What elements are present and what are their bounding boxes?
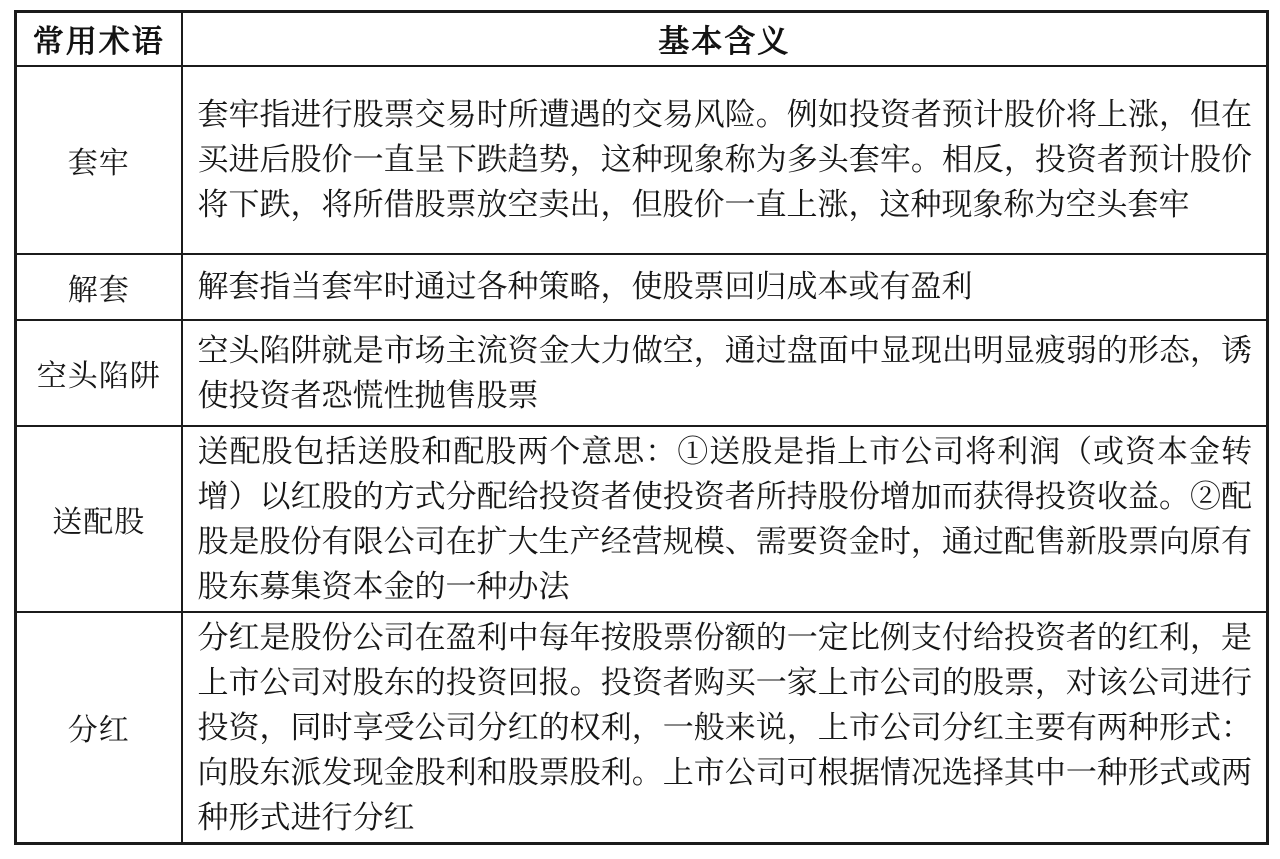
document-page: 常用术语 基本含义 套牢 套牢指进行股票交易时所遭遇的交易风险。例如投资者预计股… bbox=[0, 0, 1280, 859]
term-cell: 送配股 bbox=[16, 426, 182, 612]
term-cell: 空头陷阱 bbox=[16, 320, 182, 426]
definition-cell: 解套指当套牢时通过各种策略，使股票回归成本或有盈利 bbox=[182, 254, 1268, 320]
definition-cell: 套牢指进行股票交易时所遭遇的交易风险。例如投资者预计股价将上涨，但在买进后股价一… bbox=[182, 66, 1268, 254]
table-row: 套牢 套牢指进行股票交易时所遭遇的交易风险。例如投资者预计股价将上涨，但在买进后… bbox=[16, 66, 1268, 254]
header-cell-meaning: 基本含义 bbox=[182, 12, 1268, 66]
terms-table: 常用术语 基本含义 套牢 套牢指进行股票交易时所遭遇的交易风险。例如投资者预计股… bbox=[14, 10, 1269, 845]
table-header-row: 常用术语 基本含义 bbox=[16, 12, 1268, 66]
table-row: 空头陷阱 空头陷阱就是市场主流资金大力做空，通过盘面中显现出明显疲弱的形态，诱使… bbox=[16, 320, 1268, 426]
definition-cell: 分红是股份公司在盈利中每年按股票份额的一定比例支付给投资者的红利，是上市公司对股… bbox=[182, 612, 1268, 844]
term-cell: 分红 bbox=[16, 612, 182, 844]
definition-cell: 送配股包括送股和配股两个意思：①送股是指上市公司将利润（或资本金转增）以红股的方… bbox=[182, 426, 1268, 612]
term-cell: 套牢 bbox=[16, 66, 182, 254]
term-cell: 解套 bbox=[16, 254, 182, 320]
table-row: 分红 分红是股份公司在盈利中每年按股票份额的一定比例支付给投资者的红利，是上市公… bbox=[16, 612, 1268, 844]
table-row: 解套 解套指当套牢时通过各种策略，使股票回归成本或有盈利 bbox=[16, 254, 1268, 320]
definition-cell: 空头陷阱就是市场主流资金大力做空，通过盘面中显现出明显疲弱的形态，诱使投资者恐慌… bbox=[182, 320, 1268, 426]
table-row: 送配股 送配股包括送股和配股两个意思：①送股是指上市公司将利润（或资本金转增）以… bbox=[16, 426, 1268, 612]
header-cell-term: 常用术语 bbox=[16, 12, 182, 66]
